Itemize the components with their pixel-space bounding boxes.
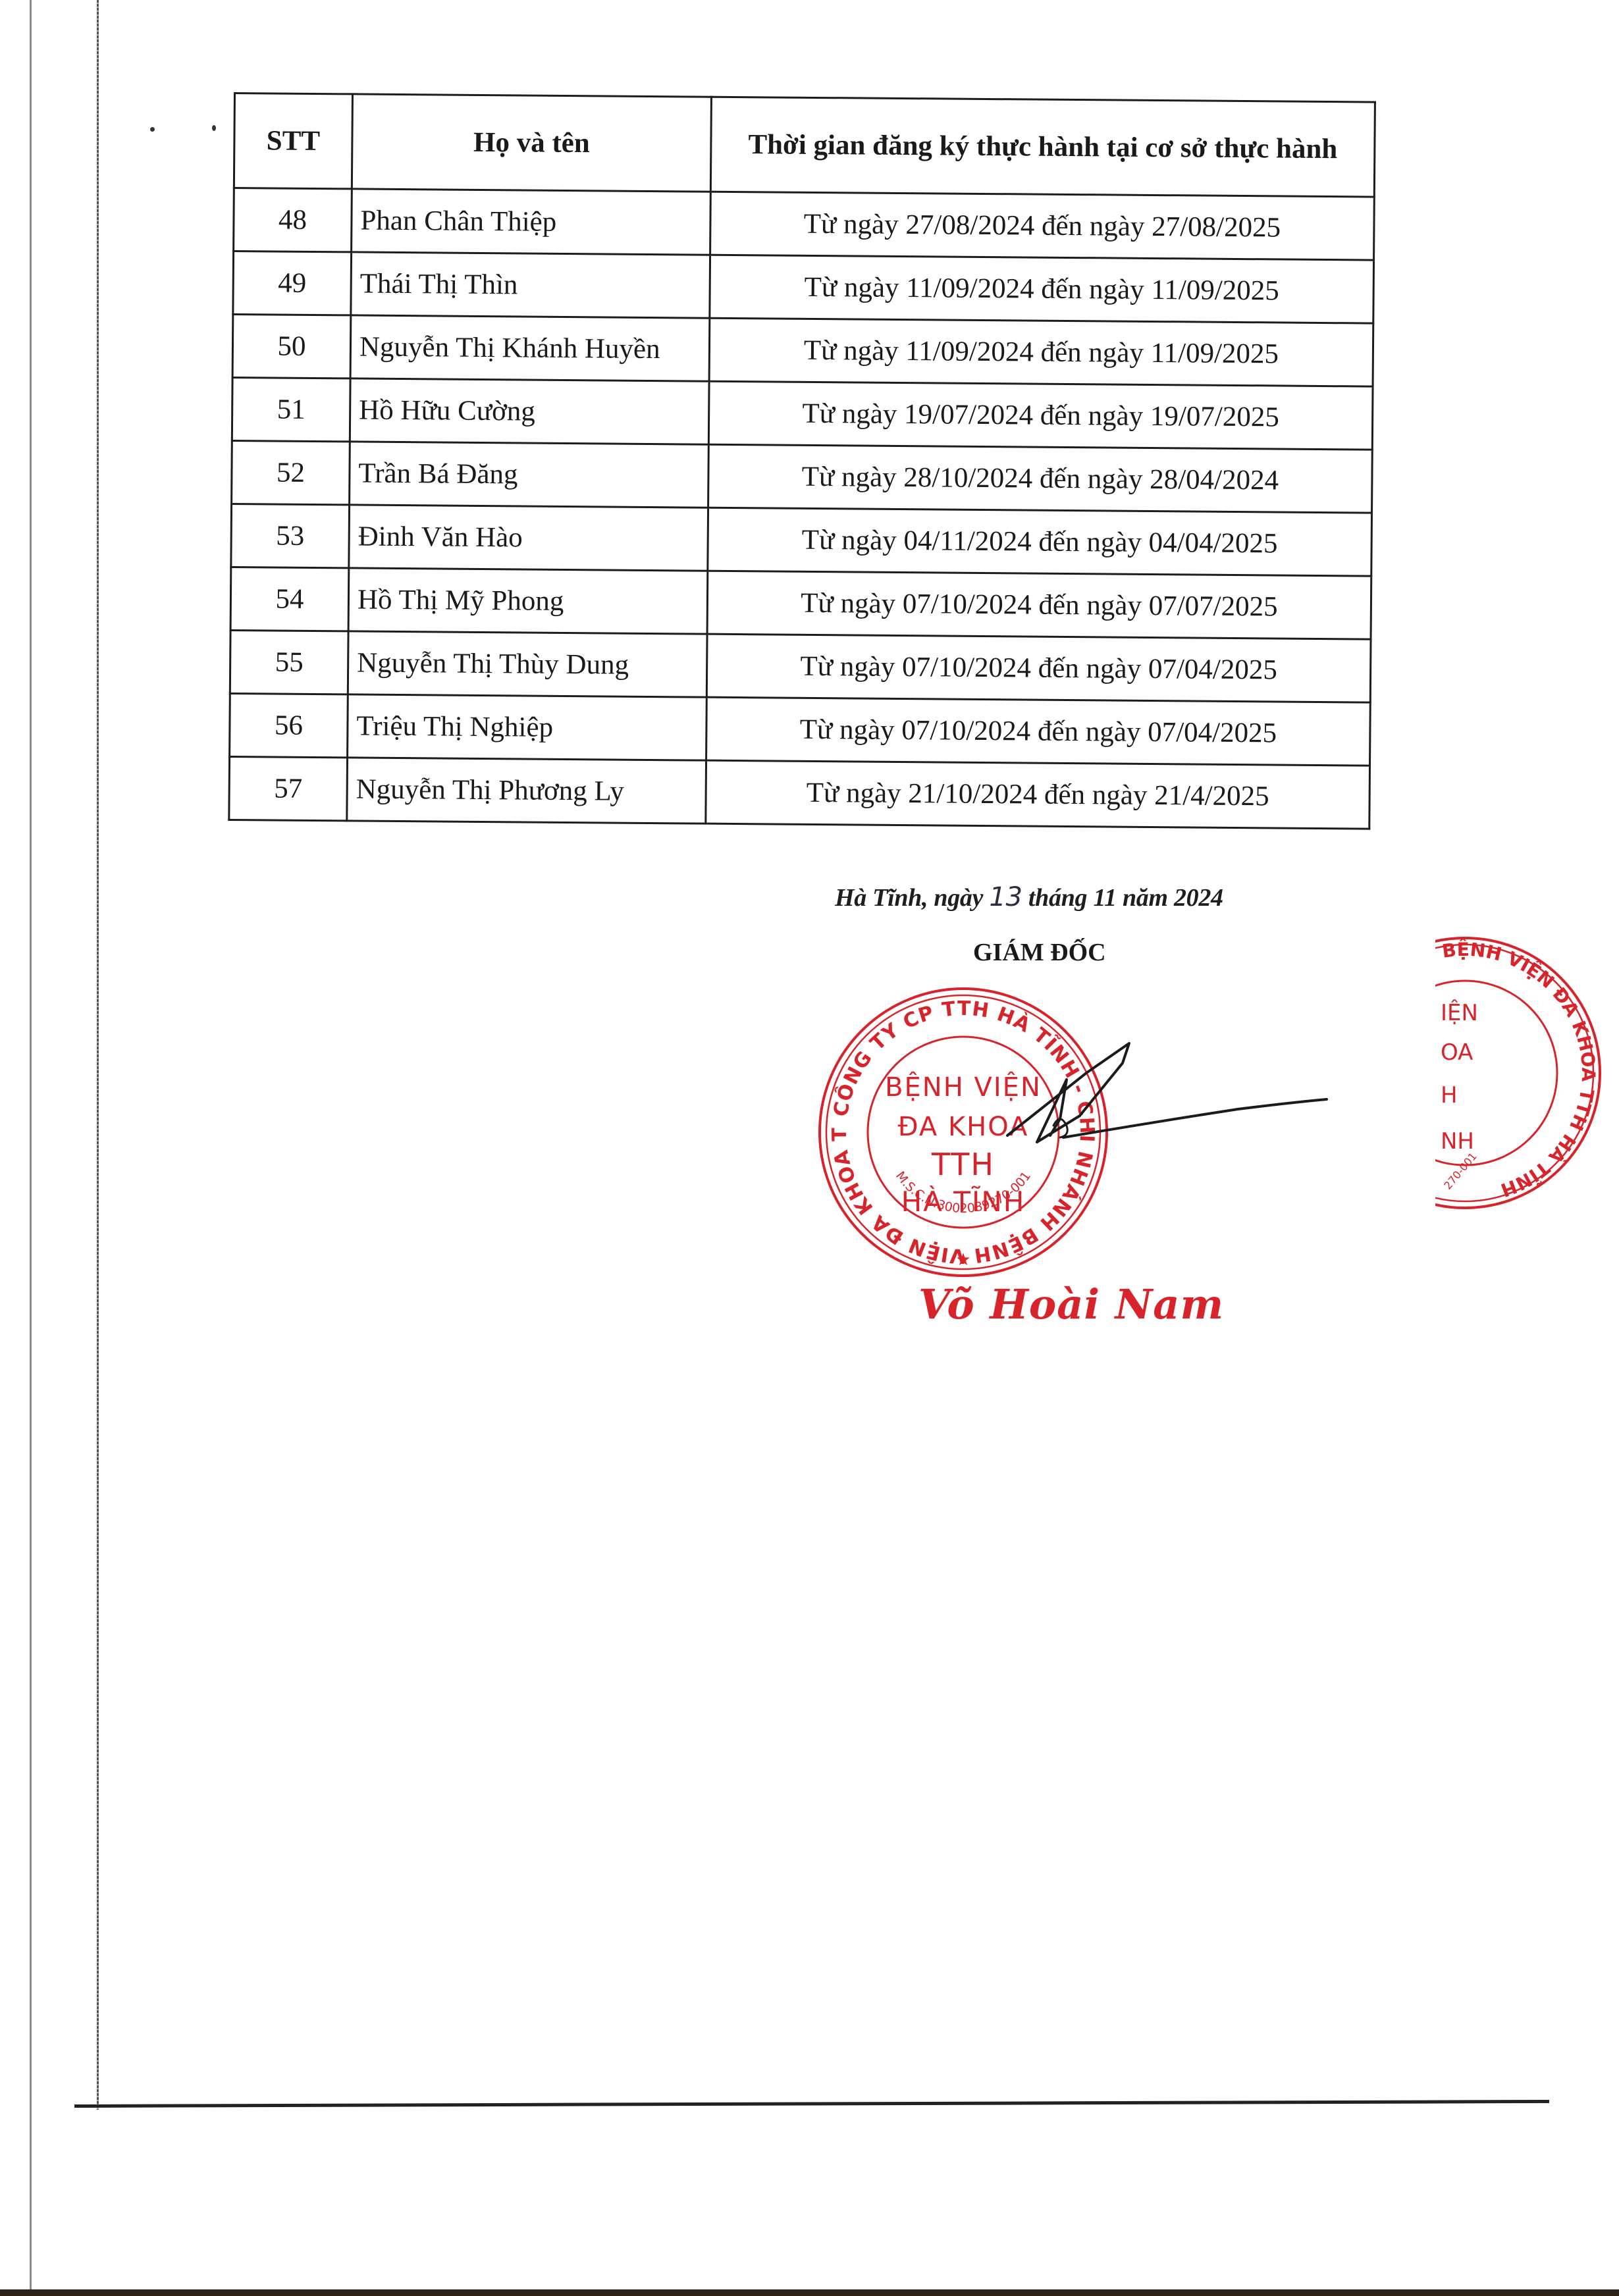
place-date-suffix: tháng 11 năm 2024 [1022, 884, 1223, 912]
row-stt: 52 [232, 440, 350, 504]
row-period: Từ ngày 28/10/2024 đến ngày 28/04/2024 [708, 444, 1373, 513]
row-period: Từ ngày 07/10/2024 đến ngày 07/04/2025 [706, 634, 1371, 702]
row-period: Từ ngày 27/08/2024 đến ngày 27/08/2025 [710, 192, 1375, 260]
table-row: 54Hồ Thị Mỹ PhongTừ ngày 07/10/2024 đến … [230, 567, 1371, 639]
table-row: 50Nguyễn Thị Khánh HuyềnTừ ngày 11/09/20… [232, 315, 1373, 387]
table-row: 48Phan Chân ThiệpTừ ngày 27/08/2024 đến … [234, 188, 1375, 261]
place-date-line: Hà Tĩnh, ngày 13 tháng 11 năm 2024 [835, 882, 1223, 912]
handwritten-day: 13 [989, 882, 1022, 912]
scan-bottom-rule [74, 2100, 1549, 2108]
scan-speck [212, 125, 216, 131]
row-stt: 48 [234, 188, 352, 252]
row-period: Từ ngày 19/07/2024 đến ngày 19/07/2025 [708, 381, 1373, 450]
row-period: Từ ngày 04/11/2024 đến ngày 04/04/2025 [708, 508, 1372, 576]
row-name: Thái Thị Thìn [351, 252, 710, 318]
table-row: 53Đinh Văn HàoTừ ngày 04/11/2024 đến ngà… [231, 504, 1372, 576]
scan-footer-bar [0, 2289, 1619, 2296]
row-period: Từ ngày 21/10/2024 đến ngày 21/4/2025 [706, 760, 1370, 829]
row-name: Trần Bá Đăng [350, 442, 709, 508]
registration-table: STT Họ và tên Thời gian đăng ký thực hàn… [228, 92, 1376, 830]
table-row: 55Nguyễn Thị Thùy DungTừ ngày 07/10/2024… [230, 630, 1371, 702]
row-stt: 51 [232, 377, 350, 441]
row-period: Từ ngày 07/10/2024 đến ngày 07/04/2025 [706, 697, 1371, 766]
table-row: 49Thái Thị ThìnTừ ngày 11/09/2024 đến ng… [233, 251, 1374, 324]
table-row: 57Nguyễn Thị Phương LyTừ ngày 21/10/2024… [229, 756, 1370, 829]
row-name: Phan Chân Thiệp [352, 189, 711, 255]
row-stt: 55 [230, 630, 348, 694]
row-name: Nguyễn Thị Khánh Huyền [350, 315, 710, 381]
signer-name: Võ Hoài Nam [918, 1280, 1224, 1328]
svg-text:270-001: 270-001 [1441, 1150, 1479, 1191]
row-stt: 57 [229, 756, 348, 820]
row-name: Hồ Thị Mỹ Phong [348, 568, 708, 634]
row-name: Hồ Hữu Cường [350, 378, 709, 444]
svg-text:TTH: TTH [931, 1147, 995, 1182]
svg-text:H: H [1441, 1082, 1458, 1109]
row-name: Nguyễn Thị Thùy Dung [348, 631, 707, 697]
row-name: Nguyễn Thị Phương Ly [347, 758, 706, 823]
row-stt: 50 [232, 315, 351, 378]
row-period: Từ ngày 11/09/2024 đến ngày 11/09/2025 [709, 318, 1373, 386]
scan-margin-line [97, 0, 99, 2110]
table-row: 52Trần Bá ĐăngTừ ngày 28/10/2024 đến ngà… [232, 440, 1373, 513]
row-name: Triệu Thị Nghiệp [348, 694, 707, 760]
header-period: Thời gian đăng ký thực hành tại cơ sở th… [710, 97, 1375, 197]
partial-seal-icon: BỆNH VIỆN ĐA KHOA TTH HÀ TĨNH IỆNOAHNH27… [1435, 931, 1619, 1214]
scan-speck [150, 127, 155, 132]
table-header-row: STT Họ và tên Thời gian đăng ký thực hàn… [234, 93, 1375, 197]
row-stt: 54 [230, 567, 349, 631]
table-row: 56Triệu Thị NghiệpTừ ngày 07/10/2024 đến… [230, 693, 1371, 766]
row-stt: 49 [233, 251, 352, 315]
row-stt: 56 [230, 693, 348, 757]
row-period: Từ ngày 11/09/2024 đến ngày 11/09/2025 [710, 255, 1374, 323]
header-stt: STT [234, 93, 352, 189]
header-name: Họ và tên [352, 94, 711, 192]
row-stt: 53 [231, 504, 350, 567]
row-period: Từ ngày 07/10/2024 đến ngày 07/07/2025 [707, 571, 1371, 639]
signatory-title: GIÁM ĐỐC [973, 938, 1106, 967]
scan-page-edge [30, 0, 32, 2296]
table-row: 51Hồ Hữu CườngTừ ngày 19/07/2024 đến ngà… [232, 377, 1373, 450]
handwritten-signature [988, 1027, 1330, 1185]
svg-text:OA: OA [1441, 1039, 1473, 1066]
svg-text:IỆN: IỆN [1441, 999, 1478, 1026]
table-body: 48Phan Chân ThiệpTừ ngày 27/08/2024 đến … [229, 188, 1374, 829]
row-name: Đinh Văn Hào [349, 505, 708, 571]
seal-star-icon: ★ [955, 1250, 970, 1270]
place-date-prefix: Hà Tĩnh, ngày [835, 884, 989, 912]
